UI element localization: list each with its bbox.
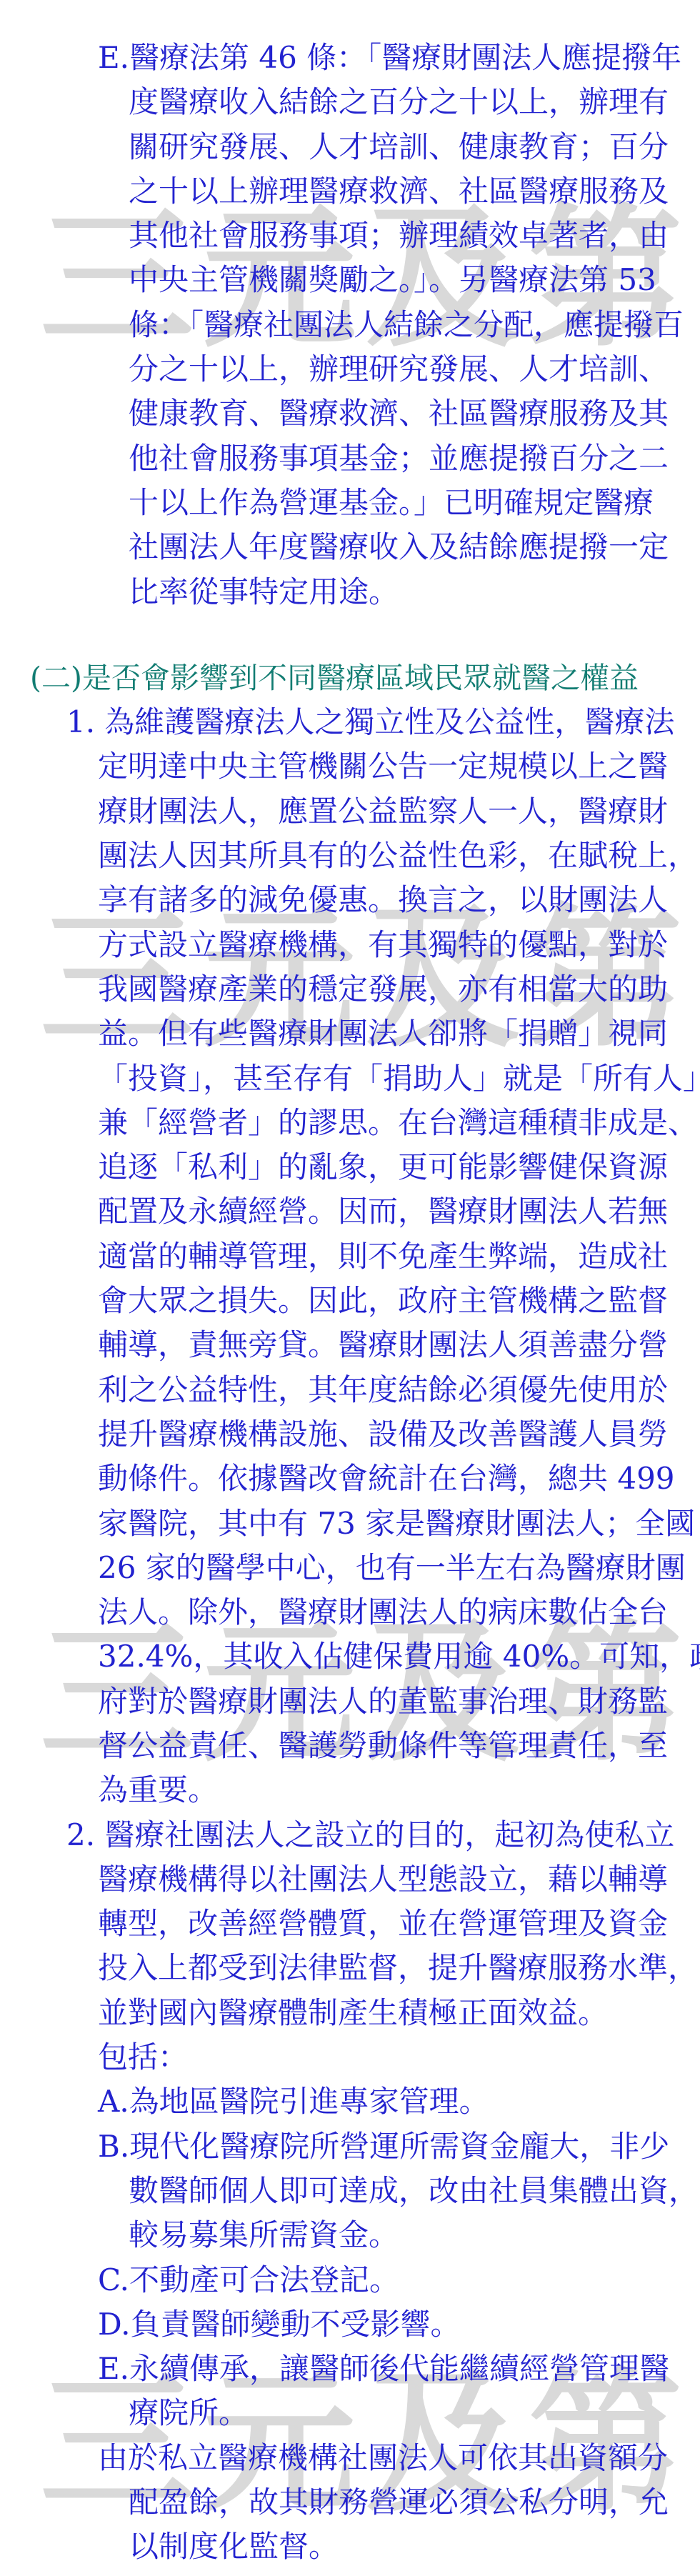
- section-heading: (二)是否會影響到不同醫療區域民眾就醫之權益: [0, 656, 700, 700]
- numbered-item-line: 1. 為維護醫療法人之獨立性及公益性，醫療法: [0, 700, 700, 744]
- text-line: 適當的輔導管理，則不免產生弊端，造成社: [0, 1234, 700, 1279]
- text-line: 醫療機構得以社團法人型態設立，藉以輔導: [0, 1857, 700, 1902]
- text-line: 社團法人年度醫療收入及結餘應提撥一定: [0, 525, 700, 569]
- text-line: 26 家的醫學中心，也有一半左右為醫療財團: [0, 1546, 700, 1590]
- text-line: 中央主管機關獎勵之。」。另醫療法第 53: [0, 258, 700, 302]
- text-line: 他社會服務事項基金；並應提撥百分之二: [0, 436, 700, 481]
- text-line: 益。但有些醫療財團法人卻將「捐贈」視同: [0, 1012, 700, 1056]
- text-line: B.現代化醫療院所營運所需資金龐大，非少: [0, 2125, 700, 2169]
- text-line: E.永續傳承，讓醫師後代能繼續經營管理醫: [0, 2347, 700, 2391]
- text-line: 由於私立醫療機構社團法人可依其出資額分: [0, 2436, 700, 2480]
- text-line: E.醫療法第 46 條：「醫療財團法人應提撥年: [0, 36, 700, 80]
- text-line: 會大眾之損失。因此，政府主管機構之監督: [0, 1279, 700, 1323]
- text-line: 兼「經營者」的謬思。在台灣這種積非成是、: [0, 1101, 700, 1145]
- text-line: 配盈餘，故其財務營運必須公私分明，允: [0, 2480, 700, 2525]
- text-line: 健康教育、醫療救濟、社區醫療服務及其: [0, 391, 700, 436]
- text-line: D.負責醫師變動不受影響。: [0, 2302, 700, 2347]
- text-line: 轉型，改善經營體質，並在營運管理及資金: [0, 1902, 700, 1946]
- text-line: 關研究發展、人才培訓、健康教育；百分: [0, 125, 700, 169]
- text-line: 動條件。依據醫改會統計在台灣，總共 499: [0, 1457, 700, 1501]
- document-page: 三元及第三元及第三元及第三元及第 E.醫療法第 46 條：「醫療財團法人應提撥年…: [0, 0, 700, 2576]
- text-line: 十以上作為營運基金。」已明確規定醫療: [0, 481, 700, 525]
- text-line: 包括：: [0, 2035, 700, 2080]
- text-line: 條：「醫療社團法人結餘之分配，應提撥百: [0, 303, 700, 347]
- text-line: 療院所。: [0, 2391, 700, 2435]
- text-line: 團法人因其所具有的公益性色彩，在賦稅上，: [0, 834, 700, 878]
- text-line: 療財團法人，應置公益監察人一人，醫療財: [0, 789, 700, 834]
- text-line: 督公益責任、醫護勞動條件等管理責任，至: [0, 1724, 700, 1768]
- text-line: 定明達中央主管機關公告一定規模以上之醫: [0, 744, 700, 789]
- text-line: 利之公益特性，其年度結餘必須優先使用於: [0, 1368, 700, 1412]
- text-line: 數醫師個人即可達成，改由社員集體出資，: [0, 2169, 700, 2213]
- paragraph-gap: [0, 614, 700, 656]
- text-line: 府對於醫療財團法人的董監事治理、財務監: [0, 1679, 700, 1724]
- text-line: 為重要。: [0, 1768, 700, 1812]
- text-line: 「投資」，甚至存有「捐助人」就是「所有人」: [0, 1057, 700, 1101]
- text-line: 提升醫療機構設施、設備及改善醫護人員勞: [0, 1412, 700, 1457]
- document-body: E.醫療法第 46 條：「醫療財團法人應提撥年度醫療收入結餘之百分之十以上，辦理…: [0, 0, 700, 2570]
- text-line: 法人。除外，醫療財團法人的病床數佔全台: [0, 1590, 700, 1634]
- text-line: 配置及永續經營。因而，醫療財團法人若無: [0, 1189, 700, 1234]
- text-line: 其他社會服務事項；辦理績效卓著者，由: [0, 214, 700, 258]
- text-line: 分之十以上，辦理研究發展、人才培訓、: [0, 347, 700, 391]
- text-line: A.為地區醫院引進專家管理。: [0, 2080, 700, 2124]
- text-line: 追逐「私利」的亂象，更可能影響健保資源: [0, 1145, 700, 1189]
- text-line: 我國醫療產業的穩定發展，亦有相當大的助: [0, 967, 700, 1012]
- text-line: 較易募集所需資金。: [0, 2213, 700, 2257]
- text-line: 享有諸多的減免優惠。換言之，以財團法人: [0, 878, 700, 922]
- text-line: 之十以上辦理醫療救濟、社區醫療服務及: [0, 169, 700, 214]
- text-line: 投入上都受到法律監督，提升醫療服務水準，: [0, 1946, 700, 1990]
- numbered-item-line: 2. 醫療社團法人之設立的目的，起初為使私立: [0, 1813, 700, 1857]
- text-line: 輔導，責無旁貸。醫療財團法人須善盡分營: [0, 1323, 700, 1367]
- text-line: 並對國內醫療體制產生積極正面效益。: [0, 1991, 700, 2035]
- text-line: 以制度化監督。: [0, 2525, 700, 2569]
- text-line: 方式設立醫療機構，有其獨特的優點，對於: [0, 923, 700, 967]
- text-line: 32.4%，其收入佔健保費用逾 40%。可知，政: [0, 1634, 700, 1679]
- text-line: 比率從事特定用途。: [0, 570, 700, 614]
- text-line: C.不動產可合法登記。: [0, 2258, 700, 2302]
- text-line: 度醫療收入結餘之百分之十以上，辦理有: [0, 80, 700, 124]
- text-line: 家醫院，其中有 73 家是醫療財團法人；全國: [0, 1502, 700, 1546]
